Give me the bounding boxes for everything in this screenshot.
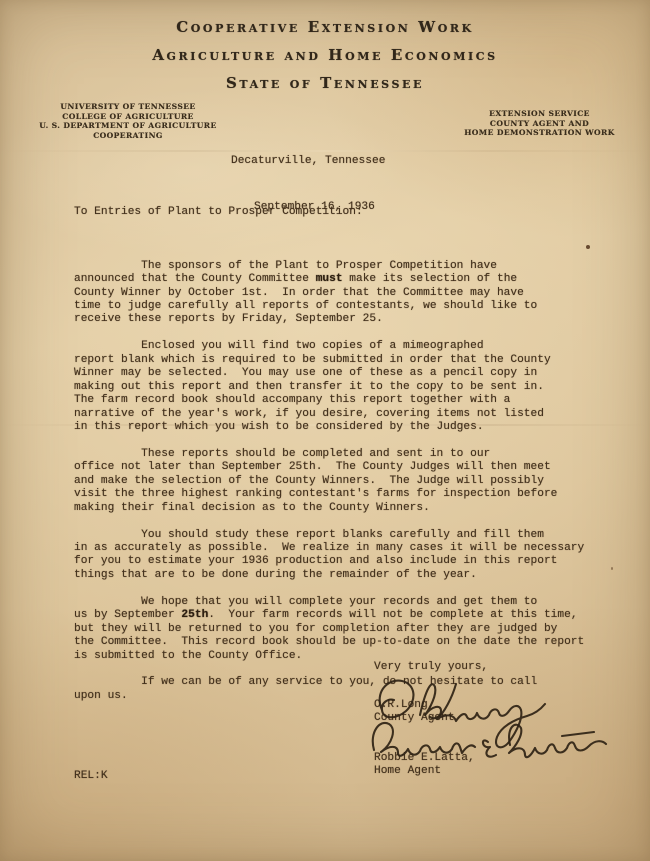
typed-line: narrative of the year's work, if you des… — [74, 408, 584, 421]
letterhead-left-line: UNIVERSITY OF TENNESSEE — [28, 102, 228, 112]
letter-paragraphs: The sponsors of the Plant to Prosper Com… — [74, 260, 584, 704]
salutation: To Entries of Plant to Prosper Competiti… — [74, 206, 584, 219]
dateline-place: Decaturville, Tennessee — [231, 154, 385, 169]
paragraph: You should study these report blanks car… — [74, 529, 584, 583]
typed-line: office not later than September 25th. Th… — [74, 461, 584, 474]
typed-line: making out this report and then transfer… — [74, 381, 584, 394]
typed-line: making their final decision as to the Co… — [74, 502, 584, 515]
typed-line: but they will be returned to you for com… — [74, 623, 584, 636]
ink-speck — [586, 245, 590, 249]
letterhead-right-block: EXTENSION SERVICE COUNTY AGENT AND HOME … — [447, 109, 632, 138]
typed-line: is submitted to the County Office. — [74, 650, 584, 663]
typed-line: The farm record book should accompany th… — [74, 394, 584, 407]
typed-line: Winner may be selected. You may use one … — [74, 367, 584, 380]
typed-line: If we can be of any service to you, do n… — [74, 676, 584, 689]
ink-speck — [611, 567, 613, 570]
letterhead-right-line: COUNTY AGENT AND — [447, 119, 632, 129]
letterhead-left-block: UNIVERSITY OF TENNESSEE COLLEGE OF AGRIC… — [28, 102, 228, 140]
letter-body: To Entries of Plant to Prosper Competiti… — [74, 179, 584, 730]
closing: Very truly yours, — [374, 661, 488, 674]
typed-line: You should study these report blanks car… — [74, 529, 584, 542]
letterhead-title: Cooperative Extension Work — [0, 18, 650, 36]
letter-page: Cooperative Extension Work Agriculture a… — [0, 0, 650, 861]
typed-line: We hope that you will complete your reco… — [74, 596, 584, 609]
typed-name-home-agent: Robbie E.Latta, — [374, 752, 475, 765]
typed-line: report blank which is required to be sub… — [74, 354, 584, 367]
paragraph: We hope that you will complete your reco… — [74, 596, 584, 663]
typed-line: in this report which you wish to be cons… — [74, 421, 584, 434]
typed-line: us by September 25th. Your farm records … — [74, 609, 584, 622]
letterhead-right-line: HOME DEMONSTRATION WORK — [447, 128, 632, 138]
typed-name-county-agent: O.R.Long, — [374, 699, 434, 712]
typed-line: time to judge carefully all reports of c… — [74, 300, 584, 313]
typed-title-county-agent: County Agent — [374, 712, 455, 725]
typed-line: Enclosed you will find two copies of a m… — [74, 340, 584, 353]
letterhead-left-line: COOPERATING — [28, 131, 228, 141]
typed-line: visit the three highest ranking contesta… — [74, 488, 584, 501]
typed-line: things that are to be done during the re… — [74, 569, 584, 582]
letterhead-subtitle: Agriculture and Home Economics — [0, 46, 650, 64]
typed-line: County Winner by October 1st. In order t… — [74, 287, 584, 300]
typed-line: upon us. — [74, 690, 584, 703]
typed-line: for you to estimate your 1936 production… — [74, 555, 584, 568]
typed-line: in as accurately as possible. We realize… — [74, 542, 584, 555]
typed-line: The sponsors of the Plant to Prosper Com… — [74, 260, 584, 273]
letterhead-left-line: COLLEGE OF AGRICULTURE — [28, 112, 228, 122]
letterhead-left-line: U. S. DEPARTMENT OF AGRICULTURE — [28, 121, 228, 131]
paragraph: If we can be of any service to you, do n… — [74, 676, 584, 703]
paragraph: These reports should be completed and se… — [74, 448, 584, 515]
paragraph: Enclosed you will find two copies of a m… — [74, 340, 584, 434]
letterhead-state: State of Tennessee — [0, 74, 650, 92]
typed-line: and make the selection of the County Win… — [74, 475, 584, 488]
typed-title-home-agent: Home Agent — [374, 765, 441, 778]
letterhead-right-line: EXTENSION SERVICE — [447, 109, 632, 119]
typed-line: announced that the County Committee must… — [74, 273, 584, 286]
paragraph: The sponsors of the Plant to Prosper Com… — [74, 260, 584, 327]
typed-line: These reports should be completed and se… — [74, 448, 584, 461]
typed-line: the Committee. This record book should b… — [74, 636, 584, 649]
typed-line: receive these reports by Friday, Septemb… — [74, 313, 584, 326]
reference-initials: REL:K — [74, 770, 108, 782]
